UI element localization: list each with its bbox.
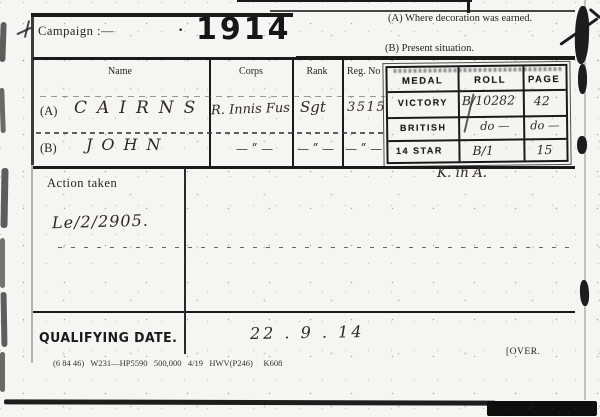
page-victory: 42 — [534, 93, 550, 108]
row-b-forename: JOHN — [86, 135, 169, 154]
bottom-scan-block — [487, 401, 597, 416]
card-left-border — [31, 13, 34, 165]
row-a-reg-no: 3515 — [347, 100, 386, 115]
row-a-label: (A) — [40, 104, 57, 119]
illegible-stamp-text — [393, 67, 561, 73]
torn-edge-mark — [0, 88, 6, 133]
action-dotted-line — [58, 247, 572, 248]
torn-edge-mark — [0, 238, 5, 288]
page-star: 15 — [536, 142, 552, 157]
over-note: [OVER. — [506, 347, 540, 357]
stamp-medal-victory: VICTORY — [388, 97, 458, 108]
stamp-medal-british: BRITISH — [388, 122, 458, 133]
row-b-label: (B) — [40, 141, 57, 156]
qualifying-date-label: QUALIFYING DATE. — [39, 331, 177, 346]
header-underline-dashed — [40, 96, 385, 97]
killed-in-action-note: K. in A. — [437, 165, 487, 181]
torn-edge-mark — [0, 352, 5, 392]
stamp-medal-star: 14 STAR — [382, 145, 456, 156]
column-header-name: Name — [60, 66, 180, 77]
row-b-rank-ditto: — ʺ — — [297, 142, 334, 156]
header-separator-left — [33, 57, 301, 60]
roll-star: B/1 — [472, 143, 494, 158]
stamp-row-line-2 — [388, 138, 566, 142]
spine-mark — [578, 64, 587, 94]
form-print-code: (6 84 46) W231—HP5590 500,000 4/19 HWV(P… — [53, 358, 282, 368]
qualifying-date-value: 22 . 9 . 14 — [250, 322, 365, 343]
page-british-ditto: do — — [530, 118, 560, 132]
row-b-reg-ditto: — ʺ — — [345, 142, 382, 156]
action-taken-label: Action taken — [47, 176, 117, 191]
stamp-header-roll: ROLL — [458, 74, 523, 86]
row-a-corps: R. Innis Fus — [211, 101, 290, 119]
medal-index-card-scan: Campaign :— · 1914 (A) Where decoration … — [0, 0, 600, 417]
spine-mark — [577, 136, 587, 154]
note-where-earned: (A) Where decoration was earned. — [388, 13, 532, 24]
torn-edge-mark — [0, 22, 7, 62]
action-bottom-line — [33, 311, 575, 313]
row-a-surname: CAIRNS — [74, 98, 205, 118]
medal-stamp-box: MEDAL ROLL PAGE VICTORY BRITISH 14 STAR … — [385, 64, 568, 164]
column-line-rank-reg — [342, 60, 344, 166]
card-left-border-faint — [31, 165, 33, 363]
column-header-reg-no: Reg. No — [347, 66, 386, 77]
name-table-bottom-line — [33, 166, 575, 169]
column-header-corps: Corps — [212, 66, 290, 77]
torn-edge-mark — [0, 168, 8, 228]
campaign-dot: · — [178, 22, 183, 40]
spine-mark — [579, 280, 589, 306]
campaign-label: Campaign :— — [38, 24, 114, 39]
row-a-dashed-line — [36, 132, 388, 134]
header-separator-right — [296, 56, 575, 60]
scan-top-edge-line — [237, 0, 472, 2]
action-column-line — [184, 168, 186, 354]
roll-british-ditto: do — — [480, 119, 510, 133]
torn-edge-mark — [1, 292, 8, 347]
row-a-rank: Sgt — [300, 98, 326, 116]
row-b-corps-ditto: — ʺ — — [236, 142, 273, 156]
action-taken-entry: Le/2/2905. — [52, 211, 149, 233]
note-present-situation: (B) Present situation. — [385, 43, 474, 54]
stamp-header-medal: MEDAL — [388, 75, 458, 87]
card-top-thin-line — [270, 10, 575, 12]
column-header-rank: Rank — [294, 66, 340, 77]
stamp-header-page: PAGE — [523, 74, 566, 86]
bottom-scan-band — [4, 399, 496, 405]
campaign-year: 1914 — [196, 12, 292, 47]
